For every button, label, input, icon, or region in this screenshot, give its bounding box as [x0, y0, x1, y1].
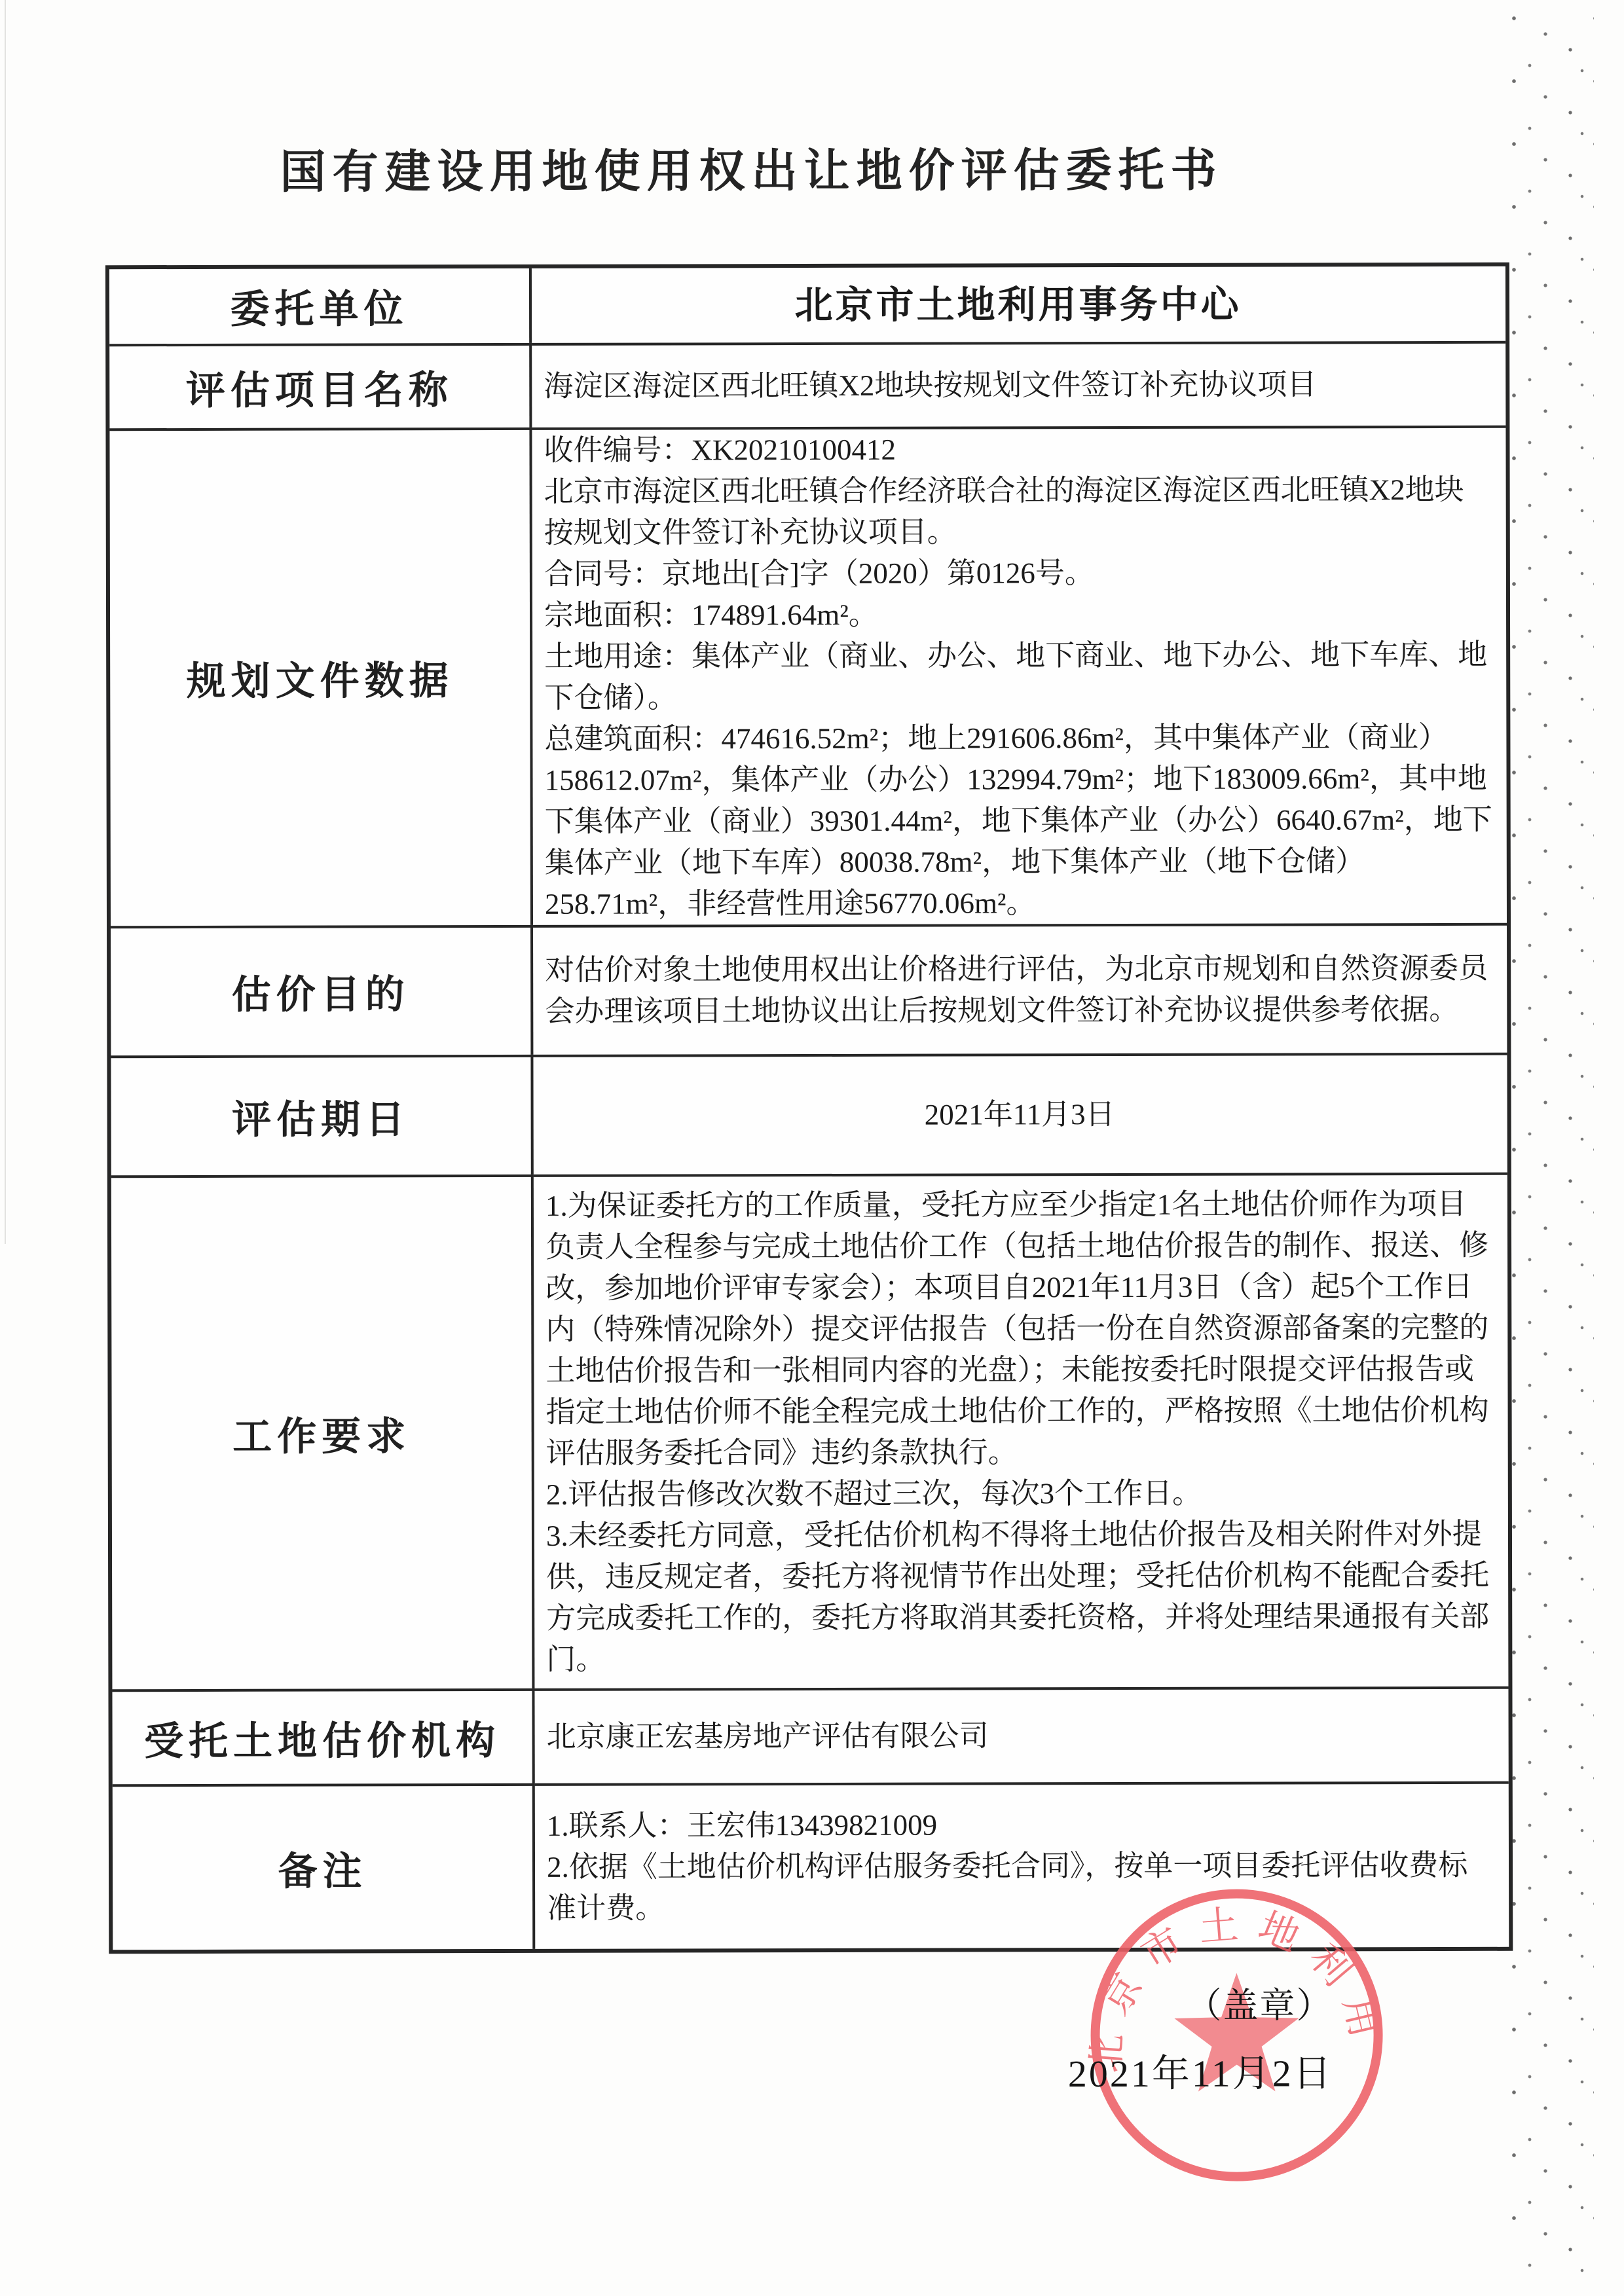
planning-line-floor-area: 总建筑面积：474616.52m²；地上291606.86m²，其中集体产业（商… [544, 717, 1494, 925]
row-label-valuation-date: 评估期日 [111, 1055, 533, 1175]
row-label-project-name: 评估项目名称 [109, 343, 532, 428]
row-label-remarks: 备注 [113, 1783, 536, 1950]
document-title: 国有建设用地使用权出让地价评估委托书 [77, 133, 1426, 202]
scan-artifact-paper-edge [5, 0, 6, 1244]
row-value-entrusting-unit: 北京市土地利用事务中心 [532, 266, 1505, 343]
commission-table: 委托单位 北京市土地利用事务中心 评估项目名称 海淀区海淀区西北旺镇X2地块按规… [105, 263, 1513, 1954]
row-label-planning-data: 规划文件数据 [109, 428, 533, 926]
remarks-item-contact: 1.联系人：王宏伟13439821009 [547, 1804, 1496, 1847]
work-requirement-item-2: 2.评估报告修改次数不超过三次，每次3个工作日。 [546, 1472, 1495, 1515]
seal-placeholder-note: （盖章） [919, 1977, 1333, 2028]
row-value-valuation-purpose: 对估价对象土地使用权出让价格进行评估，为北京市规划和自然资源委员会办理该项目土地… [533, 923, 1507, 1055]
planning-line-land-use: 土地用途：集体产业（商业、办公、地下商业、地下办公、地下车库、地下仓储）。 [544, 634, 1493, 719]
planning-line-receipt-no: 收件编号：XK20210100412 [544, 428, 1492, 471]
work-requirement-item-1: 1.为保证委托方的工作质量，受托方应至少指定1名土地估价师作为项目负责人全程参与… [545, 1183, 1495, 1474]
row-label-entrusting-unit: 委托单位 [109, 268, 532, 344]
row-label-appraisal-agency: 受托土地估价机构 [112, 1688, 534, 1784]
row-value-appraisal-agency: 北京康正宏基房地产评估有限公司 [534, 1686, 1508, 1783]
row-label-valuation-purpose: 估价目的 [111, 925, 533, 1055]
row-value-valuation-date: 2021年11月3日 [533, 1053, 1507, 1175]
footer-block: （盖章） 2021年11月2日 [919, 1977, 1333, 2098]
issue-date: 2021年11月2日 [919, 2042, 1333, 2098]
scanned-document-page: 国有建设用地使用权出让地价评估委托书 委托单位 北京市土地利用事务中心 评估项目… [0, 0, 1624, 2296]
scan-artifact-dot-strip [1505, 12, 1594, 2277]
row-value-work-requirements: 1.为保证委托方的工作质量，受托方应至少指定1名土地估价师作为项目负责人全程参与… [534, 1173, 1509, 1688]
planning-line-project: 北京市海淀区西北旺镇合作经济联合社的海淀区海淀区西北旺镇X2地块按规划文件签订补… [544, 469, 1493, 554]
planning-line-parcel-area: 宗地面积：174891.64m²。 [544, 593, 1493, 636]
row-label-work-requirements: 工作要求 [111, 1175, 535, 1689]
row-value-planning-data: 收件编号：XK20210100412 北京市海淀区西北旺镇合作经济联合社的海淀区… [532, 426, 1507, 925]
document-content: 国有建设用地使用权出让地价评估委托书 委托单位 北京市土地利用事务中心 评估项目… [0, 0, 1624, 2296]
row-value-project-name: 海淀区海淀区西北旺镇X2地块按规划文件签订补充协议项目 [532, 341, 1505, 428]
work-requirement-item-3: 3.未经委托方同意，受托估价机构不得将土地估价报告及相关附件对外提供，违反规定者… [546, 1513, 1496, 1680]
planning-line-contract-no: 合同号：京地出[合]字（2020）第0126号。 [544, 552, 1493, 595]
